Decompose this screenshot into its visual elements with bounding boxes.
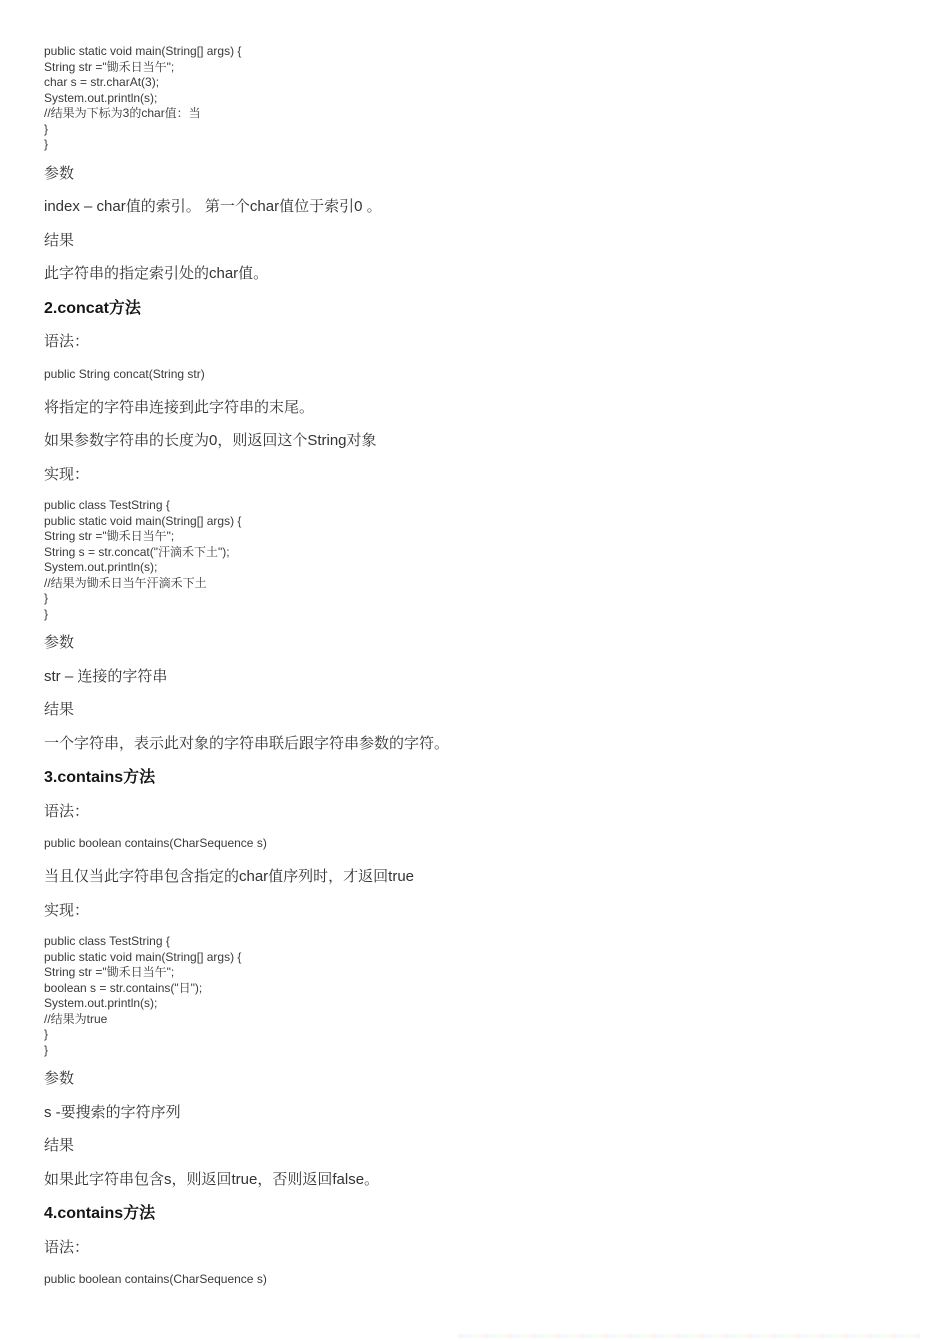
code-block: public class TestString {public static v… [44,498,890,622]
code-line: char s = str.charAt(3); [44,75,890,91]
code-line: public static void main(String[] args) { [44,514,890,530]
code-line: //结果为锄禾日当午汗滴禾下土 [44,576,890,592]
paragraph: s -要搜索的字符序列 [44,1103,890,1123]
code-block: public static void main(String[] args) {… [44,44,890,153]
section-label: 实现： [44,901,890,921]
document-body: public static void main(String[] args) {… [0,0,950,1287]
code-line: String s = str.concat("汗滴禾下土"); [44,545,890,561]
faint-watermark-strip [458,1334,920,1338]
paragraph: index – char值的索引。 第一个char值位于索引0 。 [44,197,890,217]
section-label: 结果 [44,231,890,251]
method-signature: public boolean contains(CharSequence s) [44,1271,890,1287]
paragraph: str – 连接的字符串 [44,667,890,687]
section-label: 参数 [44,164,890,184]
code-line: System.out.println(s); [44,91,890,107]
paragraph: 此字符串的指定索引处的char值。 [44,264,890,284]
code-line: public class TestString { [44,498,890,514]
code-line: public class TestString { [44,934,890,950]
paragraph: 如果参数字符串的长度为0，则返回这个String对象 [44,431,890,451]
section-label: 语法： [44,332,890,352]
code-line: //结果为下标为3的char值：当 [44,106,890,122]
code-line: //结果为true [44,1012,890,1028]
code-line: public static void main(String[] args) { [44,950,890,966]
code-line: } [44,1027,890,1043]
paragraph: 当且仅当此字符串包含指定的char值序列时，才返回true [44,867,890,887]
section-label: 参数 [44,1069,890,1089]
section-label: 语法： [44,1238,890,1258]
code-line: System.out.println(s); [44,560,890,576]
code-line: String str ="锄禾日当午"; [44,60,890,76]
section-label: 结果 [44,1136,890,1156]
section-label: 语法： [44,802,890,822]
paragraph: 将指定的字符串连接到此字符串的末尾。 [44,398,890,418]
code-line: } [44,137,890,153]
section-label: 结果 [44,700,890,720]
code-line: } [44,607,890,623]
section-label: 参数 [44,633,890,653]
code-line: public static void main(String[] args) { [44,44,890,60]
code-line: System.out.println(s); [44,996,890,1012]
code-line: } [44,122,890,138]
method-signature: public boolean contains(CharSequence s) [44,835,890,851]
code-line: } [44,1043,890,1059]
code-line: } [44,591,890,607]
code-line: String str ="锄禾日当午"; [44,529,890,545]
section-heading: 2.concat方法 [44,298,890,319]
code-line: String str ="锄禾日当午"; [44,965,890,981]
paragraph: 如果此字符串包含s，则返回true，否则返回false。 [44,1170,890,1190]
section-label: 实现： [44,465,890,485]
section-heading: 3.contains方法 [44,767,890,788]
code-block: public class TestString {public static v… [44,934,890,1058]
method-signature: public String concat(String str) [44,366,890,382]
code-line: boolean s = str.contains("日"); [44,981,890,997]
section-heading: 4.contains方法 [44,1203,890,1224]
paragraph: 一个字符串，表示此对象的字符串联后跟字符串参数的字符。 [44,734,890,754]
